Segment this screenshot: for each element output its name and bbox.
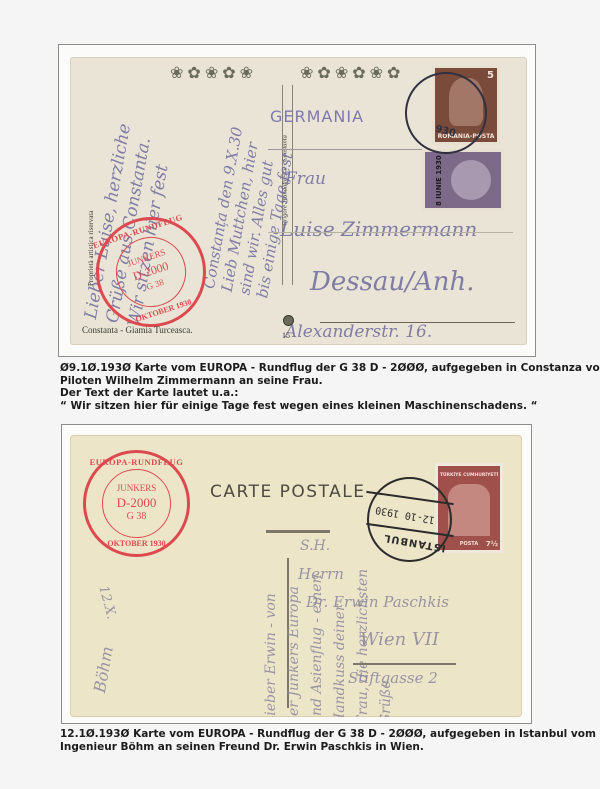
caption-1-line-3: Der Text der Karte lautet u.a.: (60, 387, 600, 400)
postcard-istanbul: EUROPA-RUNDFLUG JUNKERS D-2000 G 38 OKTO… (70, 435, 522, 717)
address-line-5: Stiftgasse 2 (348, 669, 438, 687)
title-rule (266, 530, 330, 533)
caption-2: 12.1Ø.193Ø Karte vom EUROPA - Rundflug d… (60, 728, 596, 753)
stamp-romania-bottom: 8 IUNIE 1930 (422, 149, 504, 211)
stamp-portrait (451, 160, 491, 200)
cancel-year: 930 (434, 123, 457, 139)
caption-1: Ø9.1Ø.193Ø Karte vom EUROPA - Rundflug d… (60, 362, 600, 412)
address-line-3: Dessau/Anh. (310, 267, 474, 297)
floral-ornament-left: ❀✿❀✿❀ (170, 63, 282, 87)
caption-1-line-2: Piloten Wilhelm Zimmermann an seine Frau… (60, 375, 600, 388)
cachet-line3: G 38 (86, 511, 187, 522)
cachet-line2: D-2000 (86, 495, 187, 511)
postmark-cancel-istanbul: 12-10 1930 ISTANBUL (367, 477, 452, 562)
cancel-city: ISTANBUL (383, 532, 447, 554)
address-country: GERMANIA (270, 107, 364, 126)
address-line-1: Frau (285, 169, 326, 189)
cancel-date: 12-10 1930 (375, 504, 436, 525)
cachet-bottom-text: OKTOBER 1930 (86, 539, 187, 548)
cancel-bar (366, 523, 453, 537)
cachet-line1: JUNKERS (86, 483, 187, 493)
rundflug-cachet-2: EUROPA-RUNDFLUG JUNKERS D-2000 G 38 OKTO… (83, 450, 190, 557)
cachet-top-text: EUROPA-RUNDFLUG (86, 457, 187, 467)
address-line-4: Alexanderstr. 16. (285, 322, 432, 342)
stamp-country: TÜRKİYE CUMHURİYETİ (438, 473, 500, 478)
caption-1-line-1: Ø9.1Ø.193Ø Karte vom EUROPA - Rundflug d… (60, 362, 600, 375)
address-rule-2 (268, 232, 513, 233)
stamp-value: 7½ (486, 540, 498, 548)
printed-number: 15 (282, 331, 290, 340)
address-rule-1 (268, 149, 428, 150)
publisher-logo-icon (283, 315, 294, 326)
caption-2-line-2: Ingenieur Böhm an seinen Freund Dr. Erwi… (60, 741, 596, 754)
floral-ornament-right: ❀✿❀✿❀✿ (300, 63, 430, 87)
caption-2-line-1: 12.1Ø.193Ø Karte vom EUROPA - Rundflug d… (60, 728, 596, 741)
postmark-cancel-constanta: 930 (405, 72, 487, 154)
handwritten-date-note: 12.X. (95, 584, 118, 621)
postcard-constanta: Lieber Luise, herzliche Grüße aus Consta… (70, 57, 527, 345)
address-line-2: Herrn (298, 565, 344, 583)
handwritten-signature: Böhm (90, 645, 117, 694)
caption-1-line-4: “ Wir sitzen hier für einige Tage fest w… (60, 400, 600, 413)
address-line-4: Wien VII (360, 629, 439, 650)
cancel-bar (366, 491, 453, 505)
card-title: CARTE POSTALE (210, 482, 365, 502)
handwritten-message-middle: Constanța den 9.X.30 Lieb Muttchen, hier… (200, 125, 299, 299)
address-line-1: S.H. (300, 538, 330, 554)
address-rule (353, 663, 456, 665)
printed-caption: Constanta - Giamia Turceasca. (82, 325, 192, 335)
address-line-2: Luise Zimmermann (280, 217, 477, 241)
address-line-3: Dr. Erwin Paschkis (306, 593, 449, 611)
stamp-overprint: 8 IUNIE 1930 (435, 155, 443, 206)
stamp-vignette (448, 484, 490, 536)
printed-credit: Proprietà artistica riservata (87, 156, 95, 286)
stamp-value: 5 (487, 70, 494, 81)
